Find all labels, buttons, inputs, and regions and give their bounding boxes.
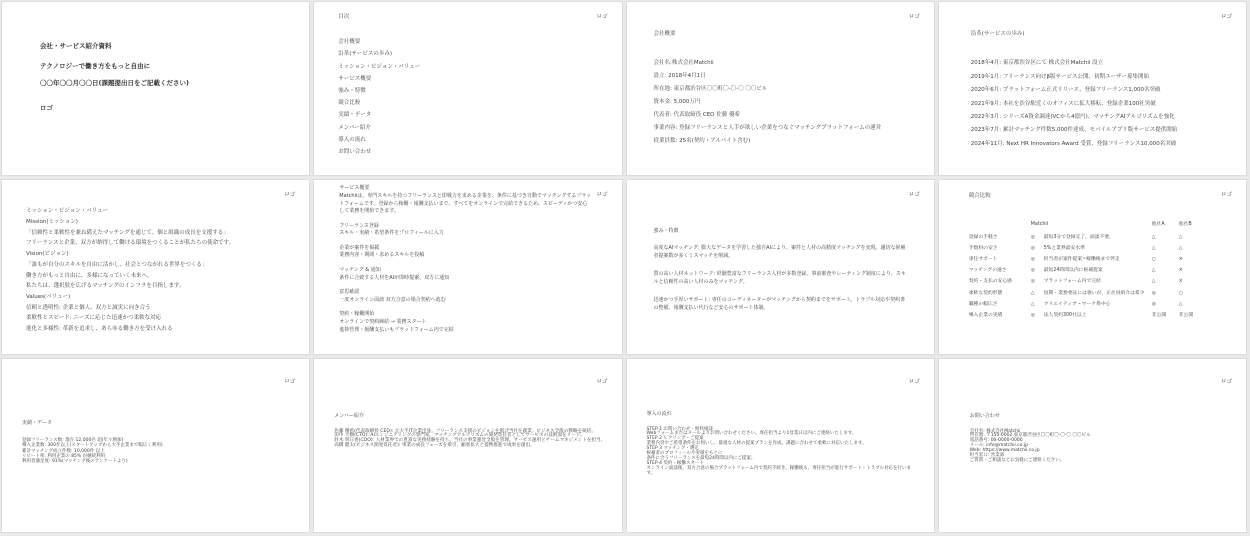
company-b-mark: △ xyxy=(1179,246,1207,252)
text-line: 進化と多様性: 革新を追求し、あらゆる働き方を受け入れる xyxy=(26,324,287,335)
slide-title: 会社概要 xyxy=(654,28,908,41)
text-line: Mission(ミッション) xyxy=(26,217,287,228)
step-heading: 契約・稼働開始 xyxy=(339,311,591,319)
slide-toc: ロゴ 目次 会社概要 沿革(サービスの歩み) ミッション・ビジョン・バリュー サ… xyxy=(313,1,622,176)
table-row: マッチングの速さ ◎ 最短24時間以内に候補提案 △ × xyxy=(969,268,1238,279)
toc-item: ミッション・ビジョン・バリュー xyxy=(338,61,621,73)
row-label: 職種の幅広さ xyxy=(969,302,1031,308)
toc-item: 沿革(サービスの歩み) xyxy=(338,48,621,60)
row-label: 専任サポート xyxy=(969,257,1031,263)
table-row: 柔軟な契約形態 △ 短期・業務委託には強いが、正社員紹介は希少 ◎ ○ xyxy=(969,291,1238,302)
slide-title: 実績・データ xyxy=(22,421,295,426)
table-row: 登録の手軽さ ◎ 最短3分で登録完了。面談不要。 △ △ xyxy=(969,235,1238,246)
logo-placeholder: ロゴ xyxy=(1221,14,1232,21)
service-step: 契約・稼働開始 オンラインで契約締結 → 業務スタート 進捗管理・報酬支払いもプ… xyxy=(339,311,591,334)
row-label: マッチングの速さ xyxy=(969,268,1031,274)
table-row: 導入企業の実績 ◎ 法人契約300社以上 非公開 非公開 xyxy=(969,313,1238,324)
stat-line: 利用者満足度: 91%(マッチング後のアンケートより) xyxy=(22,459,295,464)
text-line: 資本金: 5,000万円 xyxy=(654,96,908,109)
slide-mission-vision-values: ロゴ ミッション・ビジョン・バリュー Mission(ミッション) 「信頼性と柔… xyxy=(1,179,310,354)
matchii-note: 短期・業務委託には強いが、正社員紹介は希少 xyxy=(1044,291,1152,297)
company-b-mark: × xyxy=(1179,279,1207,285)
company-b-mark: ○ xyxy=(1179,291,1207,297)
slide-competition: ロゴ 競合比較 Matchii 他社A 他社B 登録の手軽さ ◎ 最短3分で登録… xyxy=(938,179,1247,354)
matchii-note: 最短24時間以内に候補提案 xyxy=(1044,268,1152,274)
deck-subtitle: テクノロジーで働き方をもっと自由に xyxy=(40,62,289,70)
slide-service-overview: ロゴ サービス概要 Matchiiは、専門スキルを持つフリーランスと即戦力を求め… xyxy=(313,179,622,354)
slide-strengths: ロゴ 強み・特徴 高度なAIマッチング: 膨大なデータを学習した独自AIにより、… xyxy=(626,179,935,354)
slide-contact: ロゴ お問い合わせ 会社名: 株式会社Matchii 所在地: 〒150-000… xyxy=(938,358,1247,533)
matchii-mark: ◎ xyxy=(1031,235,1044,241)
history-item: 2021年9月: 本社を渋谷駅近くのオフィスに拡大移転、登録企業100社突破 xyxy=(971,98,1228,111)
step-heading: マッチング & 通知 xyxy=(339,267,591,275)
logo-placeholder: ロゴ xyxy=(909,192,920,199)
company-a-mark: ○ xyxy=(1152,257,1179,263)
text-line: 従業員数: 25名(契約・アルバイト含む) xyxy=(654,135,908,148)
company-b-mark: × xyxy=(1179,257,1207,263)
text-line: 所在地: 東京都渋谷区〇〇町〇-〇-〇 〇〇ビル xyxy=(654,83,908,96)
service-step: 意思確認 一度オンライン面談 双方合意の場合契約へ進む xyxy=(339,289,591,304)
toc-list: 会社概要 沿革(サービスの歩み) ミッション・ビジョン・バリュー サービス概要 … xyxy=(338,36,621,158)
company-a-mark: ◎ xyxy=(1152,302,1179,308)
toc-item: お問い合わせ xyxy=(338,146,621,158)
company-a-mark: △ xyxy=(1152,246,1179,252)
matchii-mark: △ xyxy=(1031,291,1044,297)
logo-placeholder: ロゴ xyxy=(596,192,607,199)
row-label: 登録の手軽さ xyxy=(969,235,1031,241)
history-item: 2023年7月: 累計マッチング件数5,000件達成、モバイルアプリ版サービス提… xyxy=(971,124,1228,137)
company-b-mark: 非公開 xyxy=(1179,313,1207,319)
strength-paragraph: 質の高い人材ネットワーク: 経験豊富なフリーランス人材が多数登録。事前審査やレー… xyxy=(654,270,910,286)
table-row: 専任サポート ◎ 担当者が案件提案~稼働後まで伴走 ○ × xyxy=(969,257,1238,268)
history-item: 2024年11月: Next HR Innovators Award 受賞、登録… xyxy=(971,138,1228,151)
matchii-note: 最短3分で登録完了。面談不要。 xyxy=(1044,235,1152,241)
slide-members: ロゴ メンバー紹介 佐藤 優希(代表取締役 CEO): 元大手IT企業出身。フリ… xyxy=(313,358,622,533)
history-item: 2019年1月: フリーランス向けβ版サービス公開、初期ユーザー募集開始 xyxy=(971,71,1228,84)
logo-placeholder: ロゴ xyxy=(596,14,607,21)
text-line: 柔軟性とスピード: ニーズに応じた迅速かつ柔軟な対応 xyxy=(26,313,287,324)
comparison-table: Matchii 他社A 他社B 登録の手軽さ ◎ 最短3分で登録完了。面談不要。… xyxy=(969,222,1238,324)
matchii-note: 担当者が案件提案~稼働後まで伴走 xyxy=(1044,257,1152,263)
matchii-note: クリエイティブ・マーケ系中心 xyxy=(1044,302,1152,308)
matchii-mark: △ xyxy=(1031,302,1044,308)
matchii-note: 法人契約300社以上 xyxy=(1044,313,1152,319)
matchii-mark: ◎ xyxy=(1031,279,1044,285)
matchii-mark: ◎ xyxy=(1031,313,1044,319)
company-b-mark: × xyxy=(1179,268,1207,274)
row-label: 柔軟な契約形態 xyxy=(969,291,1031,297)
header-matchii: Matchii xyxy=(1031,222,1152,228)
company-b-mark: △ xyxy=(1179,235,1207,241)
row-label: 導入企業の実績 xyxy=(969,313,1031,319)
logo-placeholder: ロゴ xyxy=(596,379,607,386)
text-line: 代表者: 代表取締役 CEO 佐藤 優希 xyxy=(654,109,908,122)
text-line: 設立: 2018年4月1日 xyxy=(654,70,908,83)
table-header-row: Matchii 他社A 他社B xyxy=(969,222,1238,233)
step-detail: 一度オンライン面談 双方合意の場合契約へ進む xyxy=(339,297,591,305)
row-label: 手数料の安さ xyxy=(969,246,1031,252)
header-company-a: 他社A xyxy=(1152,222,1179,228)
slide-title: 目次 xyxy=(338,14,621,21)
company-a-mark: 非公開 xyxy=(1152,313,1179,319)
company-a-mark: △ xyxy=(1152,235,1179,241)
toc-item: 競合比較 xyxy=(338,97,621,109)
logo-placeholder: ロゴ xyxy=(284,379,295,386)
table-row: 手数料の安さ ◎ 5%と業界最安水準 △ △ xyxy=(969,246,1238,257)
slide-company-overview: ロゴ 会社概要 会社名:株式会社Matchii 設立: 2018年4月1日 所在… xyxy=(626,1,935,176)
header-company-b: 他社B xyxy=(1179,222,1207,228)
slide-title: 強み・特徴 xyxy=(654,227,910,235)
slide-history: ロゴ 沿革(サービスの歩み) 2018年4月: 東京都渋谷区にて 株式会社Mat… xyxy=(938,1,1247,176)
toc-item: サービス概要 xyxy=(338,73,621,85)
logo-placeholder: ロゴ xyxy=(1221,379,1232,386)
logo-placeholder: ロゴ xyxy=(909,379,920,386)
logo-placeholder: ロゴ xyxy=(909,14,920,21)
history-item: 2022年3月: シリーズA資金調達(VCから4億円)、マッチングAIアルゴリズ… xyxy=(971,111,1228,124)
step-detail: 進捗管理・報酬支払いもプラットフォーム内で完結 xyxy=(339,327,591,335)
step-detail: スキル・実績・希望条件をプロフィールに入力 xyxy=(339,230,591,238)
company-a-mark: △ xyxy=(1152,268,1179,274)
company-a-mark: △ xyxy=(1152,279,1179,285)
step-detail: 条件に合致する人材をAIが即時提案、双方に通知 xyxy=(339,275,591,283)
service-intro: Matchiiは、専門スキルを持つフリーランスと即戦力を求める企業を、条件に基づ… xyxy=(339,193,591,216)
service-step: マッチング & 通知 条件に合致する人材をAIが即時提案、双方に通知 xyxy=(339,267,591,282)
member-bio: 高橋 健太(ビジネス開発責任者): 事業の成長フェーズを牽引、顧客拡大と提携推進… xyxy=(334,444,605,449)
table-row: 職種の幅広さ △ クリエイティブ・マーケ系中心 ◎ △ xyxy=(969,302,1238,313)
contact-line: ご質問・ご相談などお気軽にご連絡ください。 xyxy=(970,459,1230,464)
text-line: 「誰もが自分のスキルを自由に活かし、社会とつながれる世界をつくる」 xyxy=(26,260,287,271)
slide-title: お問い合わせ xyxy=(970,414,1230,419)
matchii-mark: ◎ xyxy=(1031,257,1044,263)
history-item: 2020年6月: プラットフォーム正式リリース、登録フリーランス1,000名突破 xyxy=(971,84,1228,97)
matchii-mark: ◎ xyxy=(1031,268,1044,274)
text-line: 会社名:株式会社Matchii xyxy=(654,57,908,70)
service-step: フリーランス登録 スキル・実績・希望条件をプロフィールに入力 xyxy=(339,223,591,238)
slide-title: ミッション・ビジョン・バリュー xyxy=(26,206,287,217)
strength-paragraph: 高度なAIマッチング: 膨大なデータを学習した独自AIにより、案件と人材の高精度… xyxy=(654,244,910,260)
history-item: 2018年4月: 東京都渋谷区にて 株式会社Matchii 設立 xyxy=(971,57,1228,70)
toc-item: メンバー紹介 xyxy=(338,122,621,134)
slide-results-data: ロゴ 実績・データ 登録フリーランス数: 現在 12,000名 超(年々増加) … xyxy=(1,358,310,533)
toc-item: 導入の流れ xyxy=(338,134,621,146)
slide-title: 沿革(サービスの歩み) xyxy=(971,28,1228,41)
deck-title: 会社・サービス紹介資料 xyxy=(40,42,289,50)
matchii-mark: ◎ xyxy=(1031,246,1044,252)
slide-title: 導入の流れ xyxy=(647,412,918,417)
text-line: 「信頼性と柔軟性を兼ね備えたマッチングを通じて、個と組織の成長を支援する」 xyxy=(26,228,287,239)
slide-grid: 会社・サービス紹介資料 テクノロジーで働き方をもっと自由に 〇〇年〇〇月〇〇日(… xyxy=(0,0,1248,534)
text-line: Vision(ビジョン) xyxy=(26,249,287,260)
company-a-mark: ◎ xyxy=(1152,291,1179,297)
slide-title: メンバー紹介 xyxy=(334,414,605,419)
text-line: 私たちは、選択肢を広げるマッチングのインフラを目指します。 xyxy=(26,281,287,292)
text-line: 信頼と透明性: 企業と個人、双方と誠実に向き合う xyxy=(26,303,287,314)
step-heading: 意思確認 xyxy=(339,289,591,297)
logo-placeholder: ロゴ xyxy=(284,192,295,199)
service-step: 企業が案件を掲載 業務内容・期間・求めるスキルを投稿 xyxy=(339,245,591,260)
slide-cover: 会社・サービス紹介資料 テクノロジーで働き方をもっと自由に 〇〇年〇〇月〇〇日(… xyxy=(1,1,310,176)
text-line: Values(バリュー) xyxy=(26,292,287,303)
text-line: 働き方がもっと自由に、多様になっていく未来へ。 xyxy=(26,271,287,282)
text-line: 事業内容: 登録フリーランスと人手が欲しい企業をつなぐマッチングプラットフォーム… xyxy=(654,122,908,135)
text-line: フリーランスと企業、双方が納得して働ける環境をつくることが私たちの使命です。 xyxy=(26,238,287,249)
deck-date-line: 〇〇年〇〇月〇〇日(課題提出日をご記載ください) xyxy=(40,79,289,87)
row-label: 契約・支払の安心感 xyxy=(969,279,1031,285)
company-b-mark: △ xyxy=(1179,302,1207,308)
step-detail: オンラインで契約締結 → 業務スタート xyxy=(339,319,591,327)
matchii-note: 5%と業界最安水準 xyxy=(1044,246,1152,252)
step-detail: 業務内容・期間・求めるスキルを投稿 xyxy=(339,252,591,260)
slide-title: サービス概要 xyxy=(339,185,591,193)
slide-title: 競合比較 xyxy=(969,193,1238,200)
table-row: 契約・支払の安心感 ◎ プラットフォーム内で完結 △ × xyxy=(969,279,1238,290)
toc-item: 実績・データ xyxy=(338,109,621,121)
toc-item: 強み・特徴 xyxy=(338,85,621,97)
matchii-note: プラットフォーム内で完結 xyxy=(1044,279,1152,285)
flow-step-detail: オンライン面談後、双方合意の場合プラットフォーム内で契約手続き。稼働後も、専任担… xyxy=(647,467,918,477)
slide-onboarding-flow: ロゴ 導入の流れ STEP 1 お問い合わせ・無料相談 Webフォームまたはメー… xyxy=(626,358,935,533)
toc-item: 会社概要 xyxy=(338,36,621,48)
logo-placeholder: ロゴ xyxy=(40,104,289,112)
strength-paragraph: 迅速かつ手厚いサポート: 専任のコーディネーターがマッチングから契約までをサポー… xyxy=(654,296,910,312)
logo-placeholder: ロゴ xyxy=(1221,192,1232,199)
